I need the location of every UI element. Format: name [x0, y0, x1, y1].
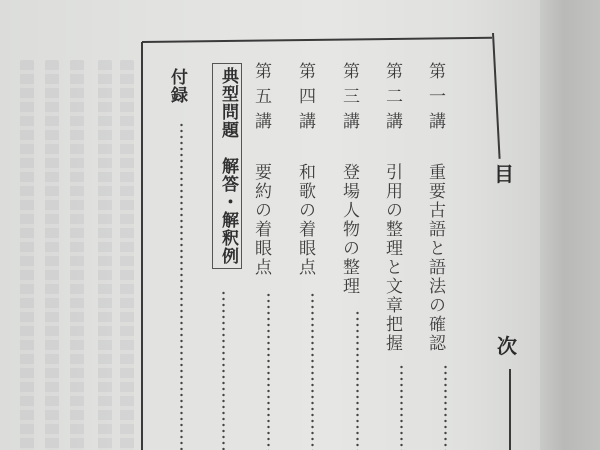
chapter-title: 引用の整理と文章把握	[383, 163, 400, 353]
chapter-title: 登場人物の整理	[340, 163, 357, 296]
leader-dots	[356, 310, 359, 450]
chapter-title: 和歌の着眼点	[296, 163, 313, 277]
leader-dots	[222, 290, 225, 450]
leader-dots	[444, 364, 447, 450]
toc-entry-typical-problems[interactable]: 典型問題 解答・解釈例	[212, 63, 242, 269]
chapter-number: 第一講	[425, 62, 445, 137]
chapter-number: 第三講	[339, 62, 359, 137]
show-through-text	[20, 60, 34, 450]
chapter-title: 要約の着眼点	[252, 163, 269, 277]
show-through-text	[98, 60, 112, 450]
toc-heading-char-2: 次	[497, 336, 517, 356]
frame-left-border	[141, 42, 143, 450]
toc-entry-appendix[interactable]: 付録	[168, 68, 185, 104]
toc-entry-chapter-3[interactable]: 第三講登場人物の整理	[340, 62, 357, 296]
toc-entry-chapter-2[interactable]: 第二講引用の整理と文章把握	[383, 62, 400, 353]
chapter-number: 第五講	[251, 62, 271, 137]
toc-entry-chapter-4[interactable]: 第四講和歌の着眼点	[296, 62, 313, 277]
toc-entry-chapter-5[interactable]: 第五講要約の着眼点	[252, 62, 269, 277]
chapter-number: 第二講	[382, 62, 402, 137]
toc-heading-char-1: 目	[494, 164, 514, 184]
show-through-text	[70, 60, 84, 450]
leader-dots	[400, 364, 403, 450]
leader-dots	[311, 292, 314, 450]
chapter-number: 第四講	[295, 62, 315, 137]
frame-right-border-lower	[509, 369, 511, 450]
page-edge-shadow	[540, 0, 600, 450]
leader-dots	[180, 122, 183, 450]
show-through-text	[120, 60, 134, 450]
toc-entry-chapter-1[interactable]: 第一講重要古語と語法の確認	[426, 62, 443, 353]
show-through-text	[45, 60, 59, 450]
chapter-title: 重要古語と語法の確認	[426, 163, 443, 353]
leader-dots	[267, 292, 270, 450]
